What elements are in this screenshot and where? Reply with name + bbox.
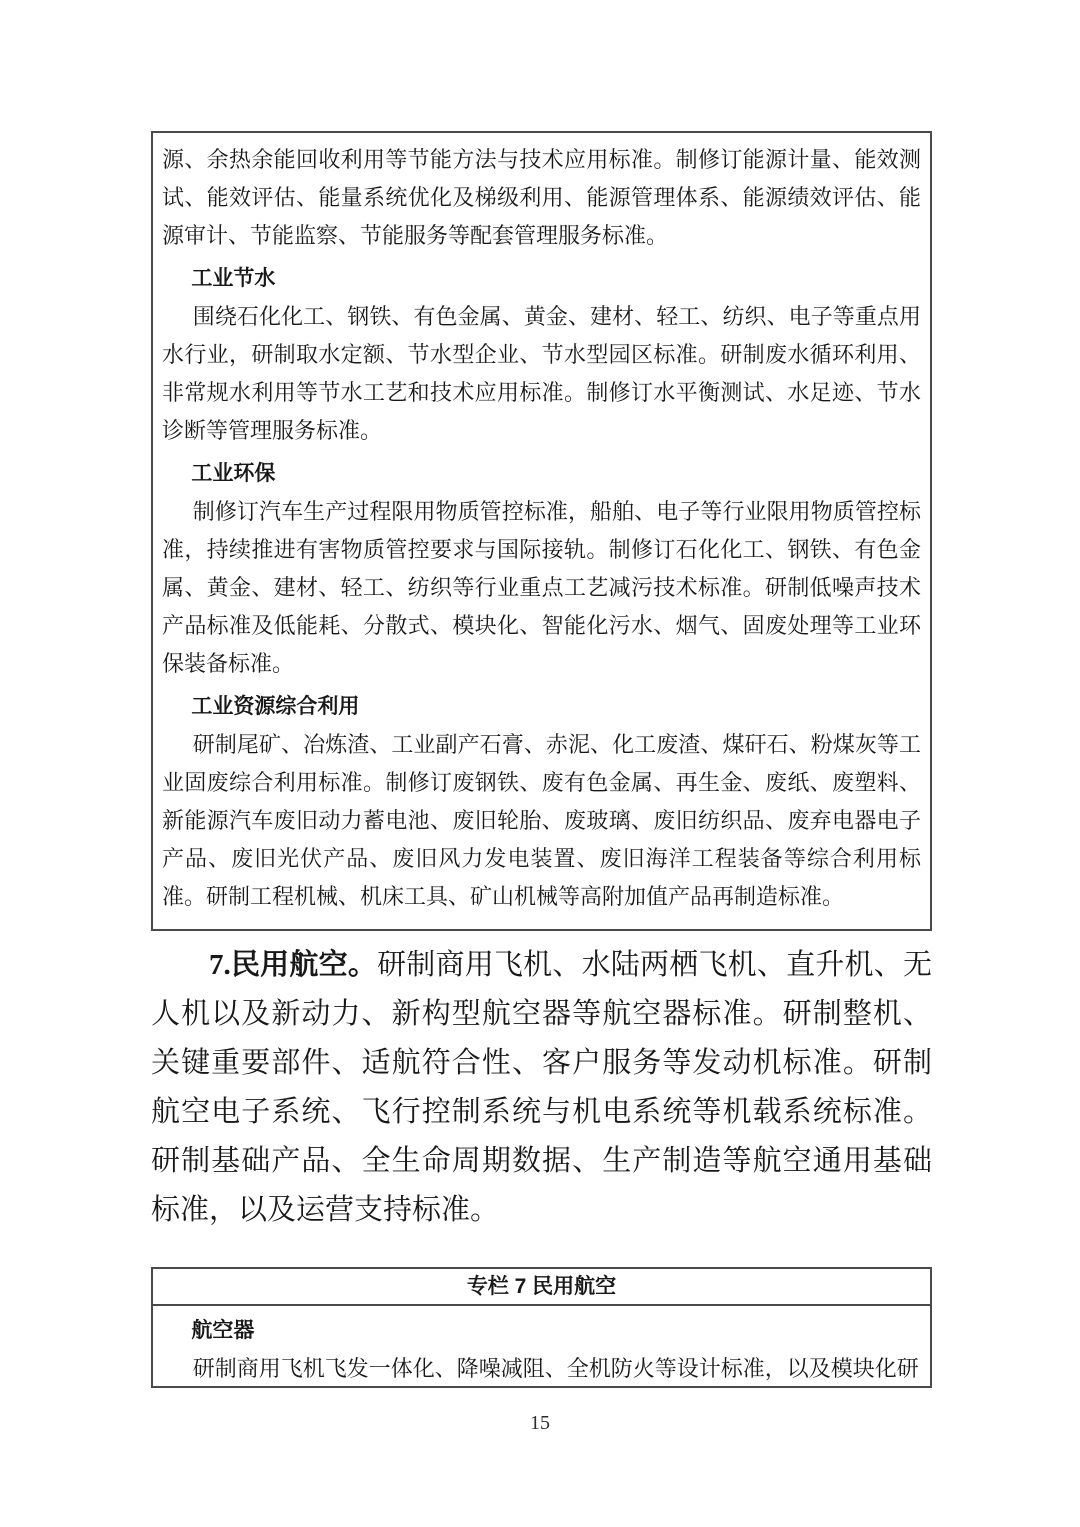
column7-box-body: 航空器 研制商用飞机飞发一体化、降噪减阻、全机防火等设计标准，以及模块化研: [153, 1306, 930, 1388]
section-heading-industrial-water-saving: 工业节水: [162, 260, 921, 298]
industrial-standards-box: 源、余热余能回收利用等节能方法与技术应用标准。制修订能源计量、能效测试、能效评估…: [151, 131, 932, 931]
section-heading-resource-utilization: 工业资源综合利用: [162, 688, 921, 726]
document-page: 源、余热余能回收利用等节能方法与技术应用标准。制修订能源计量、能效测试、能效评估…: [0, 0, 1080, 1527]
section-heading-industrial-environment: 工业环保: [162, 455, 921, 493]
water-saving-paragraph: 围绕石化化工、钢铁、有色金属、黄金、建材、轻工、纺织、电子等重点用水行业，研制取…: [162, 298, 921, 450]
resource-utilization-paragraph: 研制尾矿、冶炼渣、工业副产石膏、赤泥、化工废渣、煤矸石、粉煤灰等工业固废综合利用…: [162, 726, 921, 916]
column7-box-title: 专栏 7 民用航空: [153, 1269, 930, 1306]
civil-aviation-lead: 7.民用航空。: [209, 949, 377, 981]
page-number: 15: [0, 1412, 1080, 1435]
civil-aviation-text: 研制商用飞机、水陆两栖飞机、直升机、无人机以及新动力、新构型航空器等航空器标准。…: [151, 949, 932, 1226]
column7-civil-aviation-box: 专栏 7 民用航空 航空器 研制商用飞机飞发一体化、降噪减阻、全机防火等设计标准…: [151, 1267, 932, 1388]
energy-saving-paragraph: 源、余热余能回收利用等节能方法与技术应用标准。制修订能源计量、能效测试、能效评估…: [162, 141, 921, 255]
environment-paragraph: 制修订汽车生产过程限用物质管控标准，船舶、电子等行业限用物质管控标准，持续推进有…: [162, 493, 921, 683]
section-heading-aircraft: 航空器: [162, 1312, 921, 1350]
civil-aviation-paragraph: 7.民用航空。研制商用飞机、水陆两栖飞机、直升机、无人机以及新动力、新构型航空器…: [151, 941, 932, 1235]
aircraft-paragraph: 研制商用飞机飞发一体化、降噪减阻、全机防火等设计标准，以及模块化研: [162, 1350, 921, 1388]
